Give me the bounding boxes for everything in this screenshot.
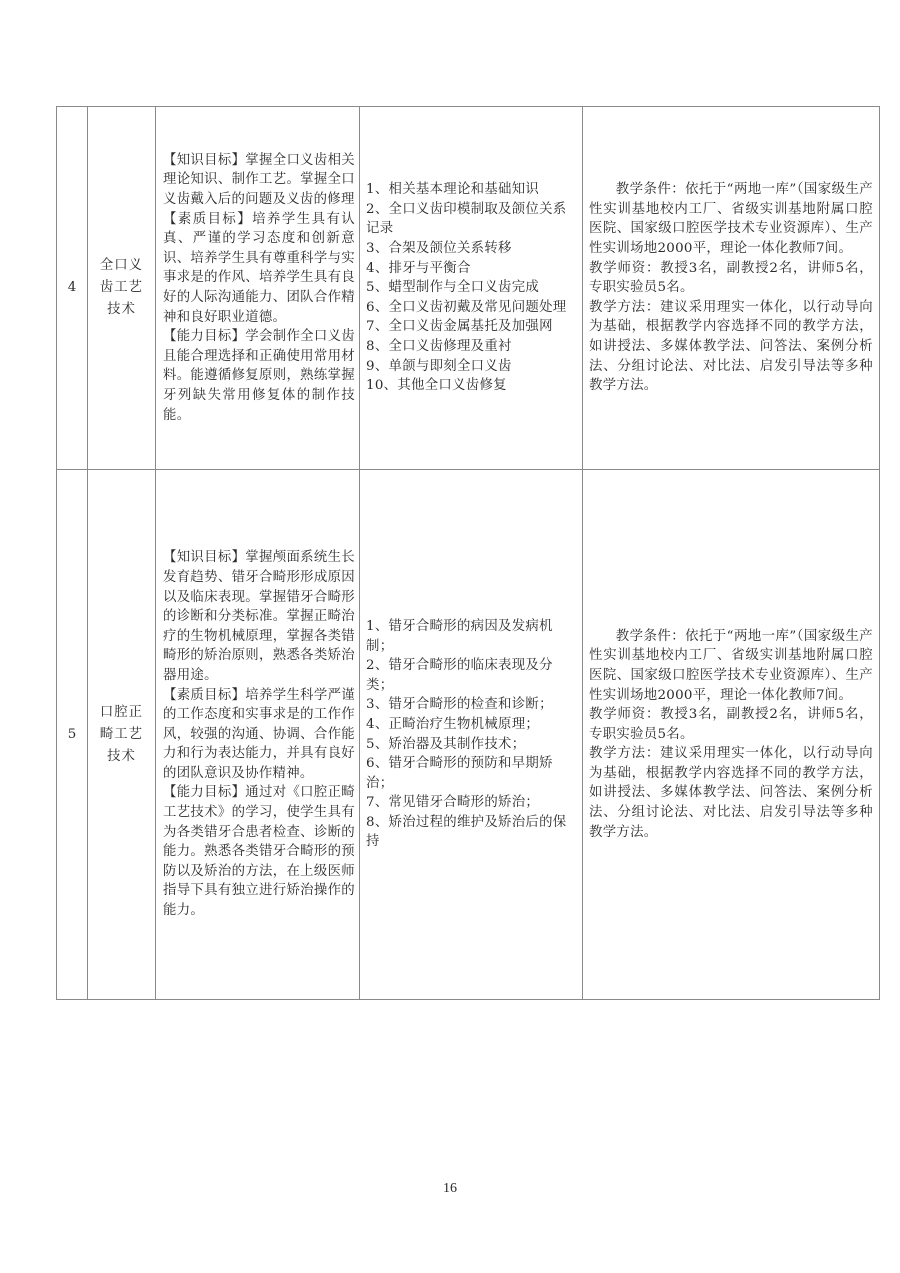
course-name-line: 齿工艺 xyxy=(88,277,155,299)
content-item: 4、正畸治疗生物机械原理； xyxy=(366,715,578,735)
content-item: 3、错牙合畸形的检查和诊断； xyxy=(366,695,578,715)
teaching-conditions: 教学条件：依托于“两地一库”（国家级生产性实训基地校内工厂、省级实训基地附属口腔… xyxy=(589,627,873,705)
course-content: 1、错牙合畸形的病因及发病机制； 2、错牙合畸形的临床表现及分类； 3、错牙合畸… xyxy=(360,470,583,1000)
table-row: 5 口腔正 畸工艺 技术 【知识目标】掌握颅面系统生长发育趋势、错牙合畸形形成原… xyxy=(57,470,880,1000)
course-name-line: 技术 xyxy=(88,299,155,321)
course-name-line: 技术 xyxy=(88,746,155,768)
ability-objective: 【能力目标】通过对《口腔正畸工艺技术》的学习，使学生具有为各类错牙合患者检查、诊… xyxy=(163,783,355,920)
quality-objective: 【素质目标】培养学生具有认真、严谨的学习态度和创新意识、培养学生具有尊重科学与实… xyxy=(163,210,355,328)
content-item: 7、全口义齿金属基托及加强网 xyxy=(366,317,578,337)
ability-objective: 【能力目标】学会制作全口义齿且能合理选择和正确使用常用材料。能遵循修复原则，熟练… xyxy=(163,327,355,425)
content-item: 6、错牙合畸形的预防和早期矫治； xyxy=(366,754,578,793)
content-item: 5、矫治器及其制作技术； xyxy=(366,735,578,755)
teaching-methods: 教学方法：建议采用理实一体化，以行动导向为基础，根据教学内容选择不同的教学方法，… xyxy=(589,744,873,842)
knowledge-objective: 【知识目标】掌握全口义齿相关理论知识、制作工艺。掌握全口义齿戴入后的问题及义齿的… xyxy=(163,151,355,210)
page-number: 16 xyxy=(0,1181,900,1197)
row-number: 5 xyxy=(57,470,88,1000)
content-item: 5、蜡型制作与全口义齿完成 xyxy=(366,278,578,298)
course-name-line: 全口义 xyxy=(88,255,155,277)
content-item: 9、单颌与即刻全口义齿 xyxy=(366,357,578,377)
course-name-line: 畸工艺 xyxy=(88,724,155,746)
table-row: 4 全口义 齿工艺 技术 【知识目标】掌握全口义齿相关理论知识、制作工艺。掌握全… xyxy=(57,107,880,470)
course-objectives: 【知识目标】掌握颅面系统生长发育趋势、错牙合畸形形成原因以及临床表现。掌握错牙合… xyxy=(156,470,360,1000)
content-item: 8、矫治过程的维护及矫治后的保持 xyxy=(366,813,578,852)
course-name: 全口义 齿工艺 技术 xyxy=(88,107,156,470)
content-item: 10、其他全口义齿修复 xyxy=(366,376,578,396)
course-name: 口腔正 畸工艺 技术 xyxy=(88,470,156,1000)
content-item: 1、错牙合畸形的病因及发病机制； xyxy=(366,617,578,656)
course-objectives: 【知识目标】掌握全口义齿相关理论知识、制作工艺。掌握全口义齿戴入后的问题及义齿的… xyxy=(156,107,360,470)
content-item: 2、错牙合畸形的临床表现及分类； xyxy=(366,656,578,695)
teaching-requirements: 教学条件：依托于“两地一库”（国家级生产性实训基地校内工厂、省级实训基地附属口腔… xyxy=(583,470,880,1000)
teaching-methods: 教学方法：建议采用理实一体化，以行动导向为基础，根据教学内容选择不同的教学方法，… xyxy=(589,298,873,396)
row-number: 4 xyxy=(57,107,88,470)
teaching-conditions: 教学条件：依托于“两地一库”（国家级生产性实训基地校内工厂、省级实训基地附属口腔… xyxy=(589,180,873,258)
content-item: 3、合架及颌位关系转移 xyxy=(366,239,578,259)
content-item: 2、全口义齿印模制取及颌位关系记录 xyxy=(366,200,578,239)
teaching-staff: 教学师资：教授3名，副教授2名，讲师5名，专职实验员5名。 xyxy=(589,705,873,744)
content-item: 7、常见错牙合畸形的矫治； xyxy=(366,793,578,813)
teaching-staff: 教学师资：教授3名，副教授2名，讲师5名，专职实验员5名。 xyxy=(589,259,873,298)
content-item: 4、排牙与平衡合 xyxy=(366,259,578,279)
course-name-line: 口腔正 xyxy=(88,702,155,724)
course-content: 1、相关基本理论和基础知识 2、全口义齿印模制取及颌位关系记录 3、合架及颌位关… xyxy=(360,107,583,470)
teaching-requirements: 教学条件：依托于“两地一库”（国家级生产性实训基地校内工厂、省级实训基地附属口腔… xyxy=(583,107,880,470)
content-item: 6、全口义齿初戴及常见问题处理 xyxy=(366,298,578,318)
quality-objective: 【素质目标】培养学生科学严谨的工作态度和实事求是的工作作风，较强的沟通、协调、合… xyxy=(163,686,355,784)
content-item: 8、全口义齿修理及重衬 xyxy=(366,337,578,357)
content-item: 1、相关基本理论和基础知识 xyxy=(366,180,578,200)
knowledge-objective: 【知识目标】掌握颅面系统生长发育趋势、错牙合畸形形成原因以及临床表现。掌握错牙合… xyxy=(163,548,355,685)
curriculum-table: 4 全口义 齿工艺 技术 【知识目标】掌握全口义齿相关理论知识、制作工艺。掌握全… xyxy=(56,106,880,1000)
